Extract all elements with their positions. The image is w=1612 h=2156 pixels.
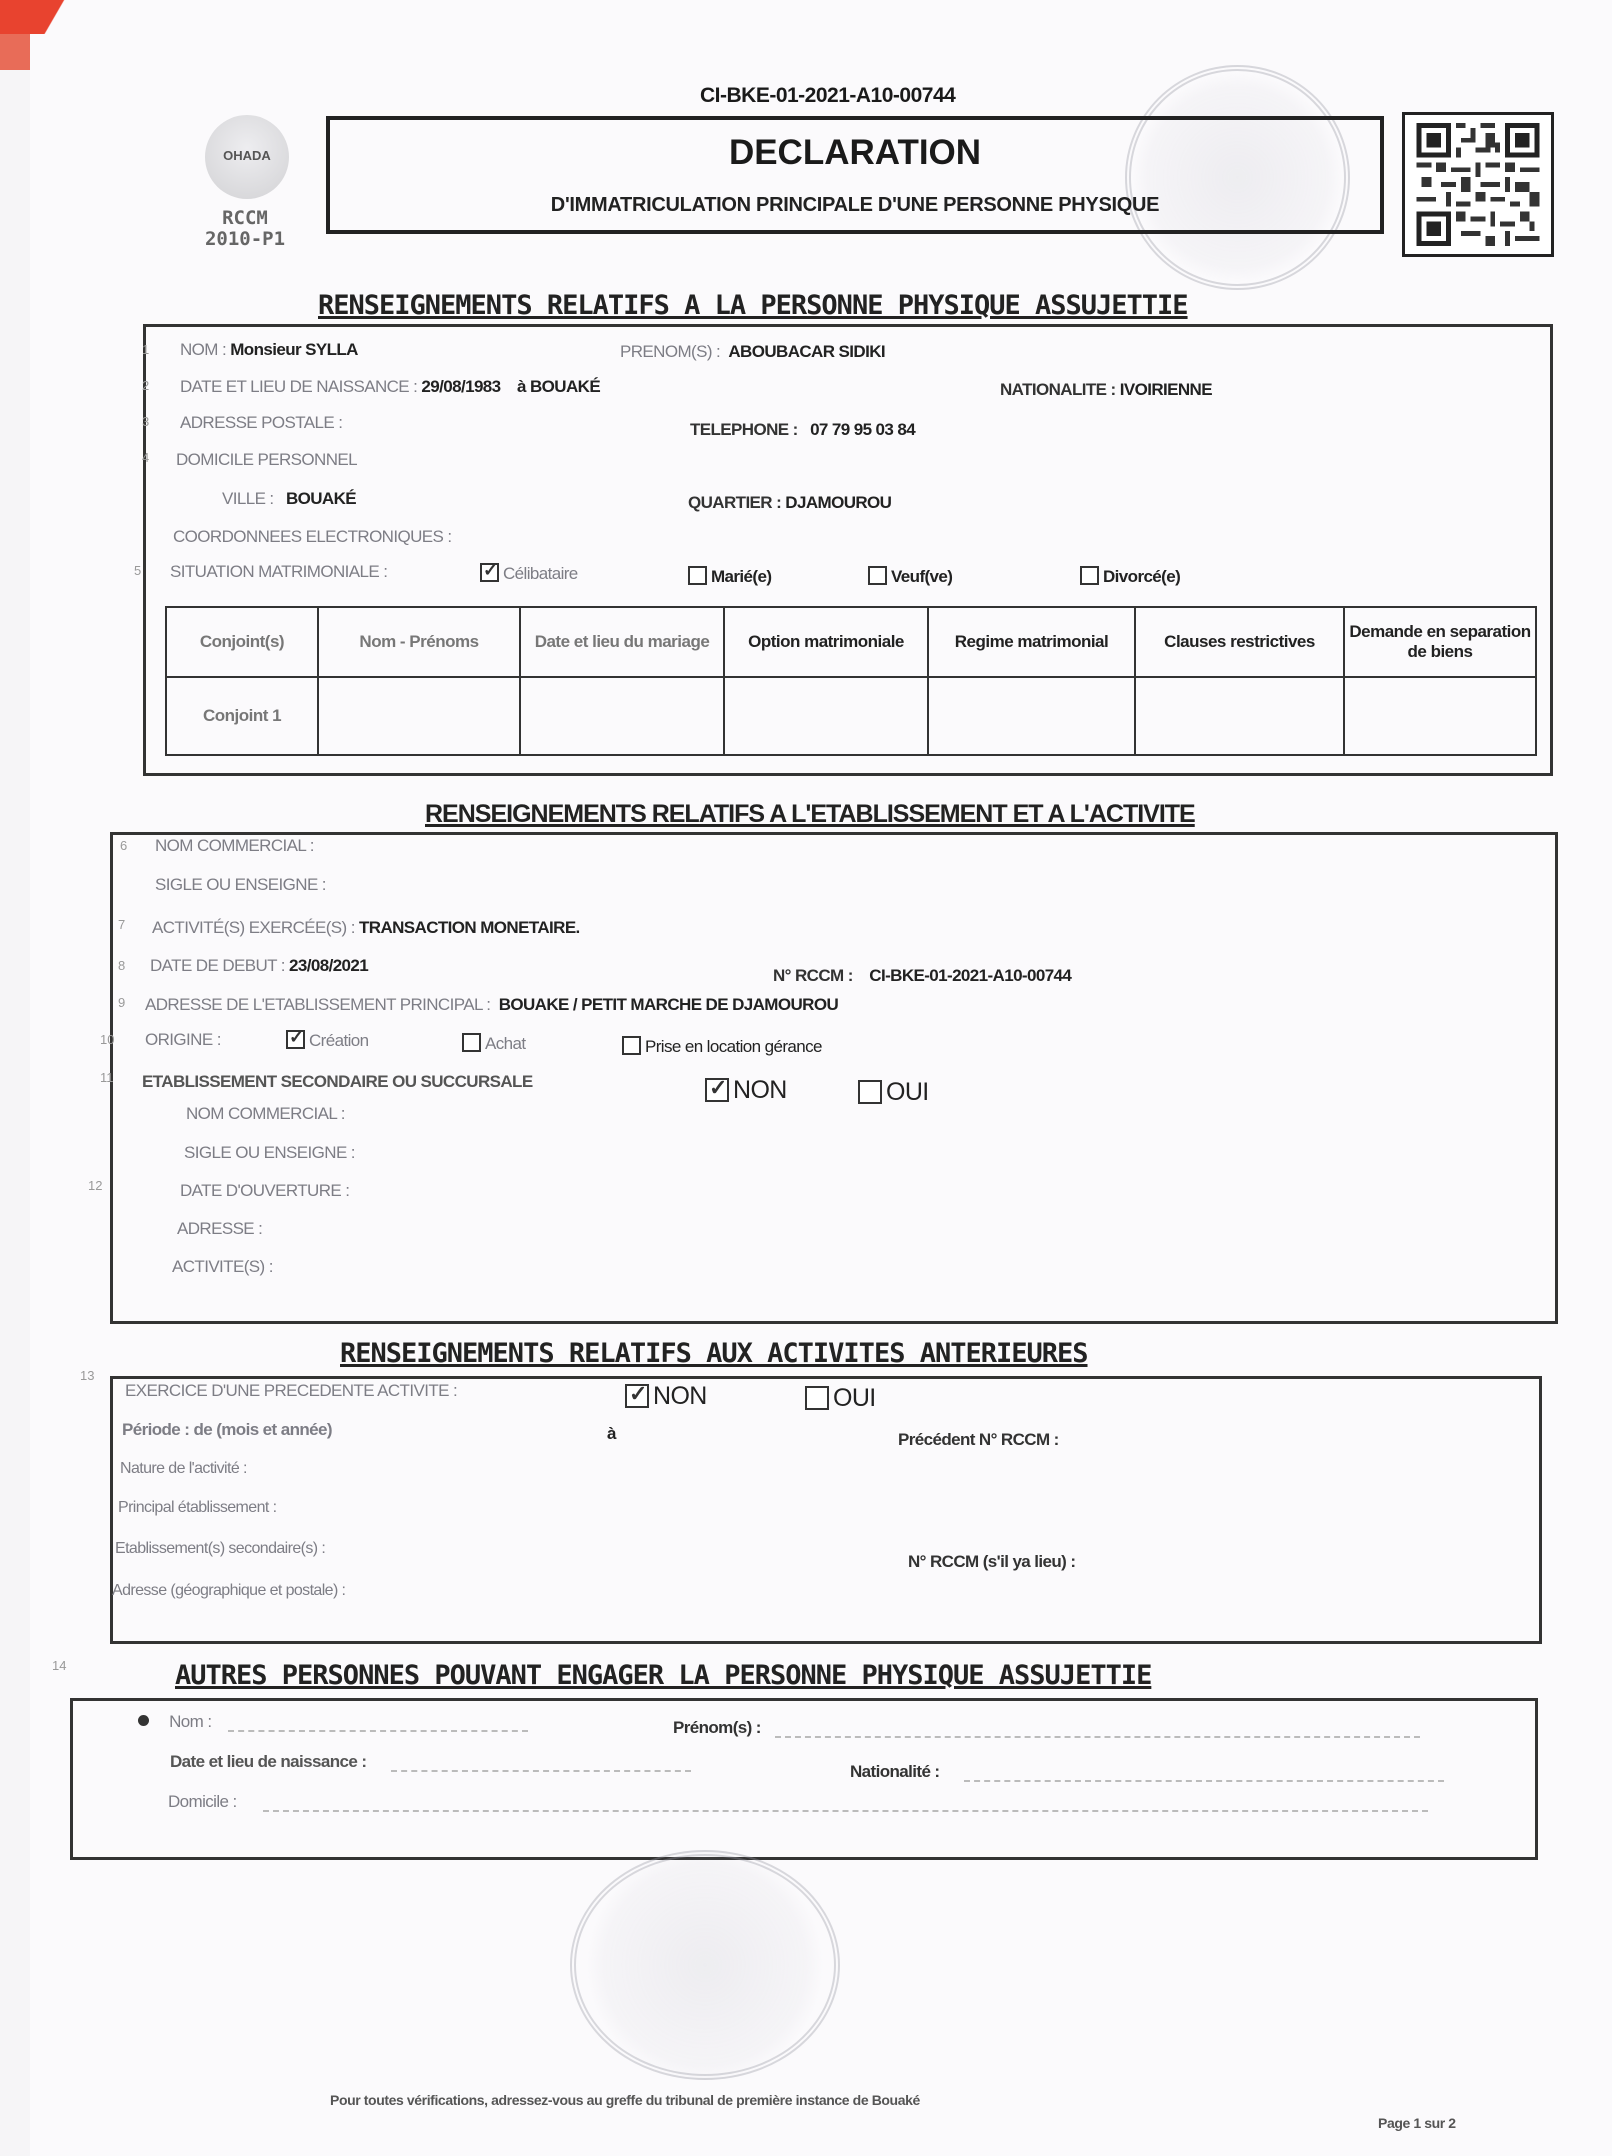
line-number: 9	[118, 995, 125, 1010]
option-celibataire[interactable]: Célibataire	[480, 563, 578, 584]
rccm-value: CI-BKE-01-2021-A10-00744	[869, 966, 1071, 985]
adresse-etablissement-label: ADRESSE DE L'ETABLISSEMENT PRINCIPAL :	[145, 995, 490, 1014]
spouse-table: Conjoint(s) Nom - Prénoms Date et lieu d…	[165, 606, 1537, 756]
field-autre-prenom: Prénom(s) :	[673, 1718, 1420, 1738]
option-secondaire-oui[interactable]: OUI	[858, 1078, 929, 1107]
principal-etablissement-label: Principal établissement :	[118, 1499, 276, 1516]
field-sec-sigle: SIGLE OU ENSEIGNE :	[184, 1143, 355, 1163]
autre-naissance-label: Date et lieu de naissance :	[170, 1752, 366, 1771]
field-principal-etablissement: Principal établissement :	[118, 1497, 276, 1517]
field-telephone: TELEPHONE : 07 79 95 03 84	[690, 420, 915, 440]
option-creation[interactable]: Création	[286, 1030, 368, 1051]
field-precedent-rccm: Précédent N° RCCM :	[898, 1430, 1059, 1450]
field-quartier: QUARTIER : DJAMOUROU	[688, 493, 891, 513]
cell-option[interactable]	[724, 677, 928, 755]
field-adresse-etablissement: ADRESSE DE L'ETABLISSEMENT PRINCIPAL : B…	[145, 995, 838, 1015]
page-number: Page 1 sur 2	[1378, 2115, 1456, 2131]
field-rccm: N° RCCM : CI-BKE-01-2021-A10-00744	[773, 966, 1071, 986]
prenom-label: PRENOM(S) :	[620, 342, 720, 361]
option-label: Célibataire	[503, 564, 578, 583]
field-sec-activite: ACTIVITE(S) :	[172, 1257, 273, 1277]
section-title-etablissement: RENSEIGNEMENTS RELATIFS A L'ETABLISSEMEN…	[425, 800, 1195, 829]
cell-clauses[interactable]	[1135, 677, 1344, 755]
col-date-lieu-mariage: Date et lieu du mariage	[520, 607, 724, 677]
field-periode: Période : de (mois et année)	[122, 1420, 332, 1440]
option-marie[interactable]: Marié(e)	[688, 566, 771, 587]
sec-sigle-label: SIGLE OU ENSEIGNE :	[184, 1143, 355, 1162]
col-clauses-restrictives: Clauses restrictives	[1135, 607, 1344, 677]
field-etablissement-secondaire: ETABLISSEMENT SECONDAIRE OU SUCCURSALE	[142, 1072, 533, 1092]
option-veuf[interactable]: Veuf(ve)	[868, 566, 952, 587]
line-number: 13	[80, 1368, 94, 1383]
qr-code	[1402, 112, 1554, 257]
option-location-gerance[interactable]: Prise en location gérance	[622, 1036, 822, 1057]
checkbox-icon[interactable]	[688, 566, 707, 585]
checkbox-icon[interactable]	[805, 1386, 829, 1410]
field-nom-commercial: NOM COMMERCIAL :	[155, 836, 314, 856]
checkbox-icon[interactable]	[868, 566, 887, 585]
col-nom-prenoms: Nom - Prénoms	[318, 607, 520, 677]
option-label: Veuf(ve)	[891, 567, 952, 586]
naissance-date: 29/08/1983	[421, 377, 500, 396]
domicile-label: DOMICILE PERSONNEL	[176, 450, 357, 469]
quartier-label: QUARTIER :	[688, 493, 781, 512]
field-ville: VILLE : BOUAKÉ	[222, 489, 356, 509]
date-debut-label: DATE DE DEBUT :	[150, 956, 285, 975]
date-debut-value: 23/08/2021	[289, 956, 368, 975]
field-nationalite: NATIONALITE : IVOIRIENNE	[1000, 380, 1212, 400]
activite-label: ACTIVITÉ(S) EXERCÉE(S) :	[152, 918, 355, 937]
option-label: Prise en location gérance	[645, 1037, 822, 1056]
prenom-value: ABOUBACAR SIDIKI	[728, 342, 885, 361]
autre-naissance-input[interactable]	[391, 1760, 691, 1772]
field-autre-nationalite: Nationalité :	[850, 1762, 1444, 1782]
red-sticker-corner	[0, 0, 96, 34]
col-conjoints: Conjoint(s)	[166, 607, 318, 677]
ville-value: BOUAKÉ	[286, 489, 356, 508]
situation-label: SITUATION MATRIMONIALE :	[170, 562, 387, 581]
field-etablissements-secondaires: Etablissement(s) secondaire(s) :	[115, 1538, 325, 1558]
checkbox-icon[interactable]	[462, 1033, 481, 1052]
checkbox-icon[interactable]	[622, 1036, 641, 1055]
etablissements-secondaires-label: Etablissement(s) secondaire(s) :	[115, 1540, 325, 1557]
etablissement-secondaire-label: ETABLISSEMENT SECONDAIRE OU SUCCURSALE	[142, 1072, 533, 1091]
line-number: 10	[100, 1032, 114, 1047]
option-divorce[interactable]: Divorcé(e)	[1080, 566, 1180, 587]
section-title-autres-personnes: AUTRES PERSONNES POUVANT ENGAGER LA PERS…	[175, 1660, 1151, 1691]
section-title-activites-anterieures: RENSEIGNEMENTS RELATIFS AUX ACTIVITES AN…	[340, 1338, 1088, 1369]
option-label: Divorcé(e)	[1103, 567, 1180, 586]
coordonnees-label: COORDONNEES ELECTRONIQUES :	[173, 527, 452, 546]
table-row: Conjoint 1	[166, 677, 1536, 755]
field-nature-activite: Nature de l'activité :	[120, 1458, 247, 1478]
field-rccm-lieu: N° RCCM (s'il ya lieu) :	[908, 1552, 1075, 1572]
periode-a-text: à	[607, 1424, 616, 1443]
official-stamp-bottom	[570, 1850, 840, 2080]
adresse-etablissement-value: BOUAKE / PETIT MARCHE DE DJAMOUROU	[499, 995, 838, 1014]
field-sec-date-ouverture: DATE D'OUVERTURE :	[180, 1181, 349, 1201]
checkbox-checked-icon[interactable]	[480, 563, 499, 582]
document-subtitle: D'IMMATRICULATION PRINCIPALE D'UNE PERSO…	[326, 194, 1384, 217]
field-autre-nom: Nom :	[138, 1712, 528, 1732]
field-nom: NOM : Monsieur SYLLA	[180, 340, 358, 360]
quartier-value: DJAMOUROU	[785, 493, 891, 512]
option-label: OUI	[833, 1384, 876, 1412]
section-title-personne: RENSEIGNEMENTS RELATIFS A LA PERSONNE PH…	[318, 290, 1188, 321]
checkbox-icon[interactable]	[1080, 566, 1099, 585]
option-achat[interactable]: Achat	[462, 1033, 525, 1054]
line-number: 14	[52, 1658, 66, 1673]
field-prenom: PRENOM(S) : ABOUBACAR SIDIKI	[620, 342, 885, 362]
sec-date-ouverture-label: DATE D'OUVERTURE :	[180, 1181, 349, 1200]
autre-domicile-label: Domicile :	[168, 1792, 237, 1811]
cell-conjoint: Conjoint 1	[166, 677, 318, 755]
line-number: 8	[118, 958, 125, 973]
autre-nationalite-label: Nationalité :	[850, 1762, 940, 1781]
field-adresse-anterieure: Adresse (géographique et postale) :	[112, 1580, 345, 1600]
ville-label: VILLE :	[222, 489, 274, 508]
qr-code-icon	[1413, 123, 1543, 246]
field-coordonnees: COORDONNEES ELECTRONIQUES :	[173, 527, 452, 547]
autre-prenom-label: Prénom(s) :	[673, 1718, 761, 1737]
naissance-a: à	[517, 377, 526, 396]
bullet-icon	[138, 1715, 149, 1726]
option-label: Marié(e)	[711, 567, 771, 586]
naissance-lieu: BOUAKÉ	[530, 377, 600, 396]
precedent-rccm-label: Précédent N° RCCM :	[898, 1430, 1059, 1449]
field-naissance: DATE ET LIEU DE NAISSANCE : 29/08/1983 à…	[180, 377, 600, 397]
autre-domicile-input[interactable]	[263, 1800, 1428, 1812]
cell-nom[interactable]	[318, 677, 520, 755]
footer-note: Pour toutes vérifications, adressez-vous…	[330, 2092, 920, 2108]
field-autre-naissance: Date et lieu de naissance :	[170, 1752, 691, 1772]
rccm-label: N° RCCM :	[773, 966, 853, 985]
line-number: 11	[100, 1070, 114, 1085]
field-date-debut: DATE DE DEBUT : 23/08/2021	[150, 956, 368, 976]
checkbox-checked-icon[interactable]	[286, 1030, 305, 1049]
checkbox-checked-icon[interactable]	[705, 1078, 729, 1102]
option-label: Achat	[485, 1034, 525, 1053]
nom-label: NOM :	[180, 340, 226, 359]
option-label: Création	[309, 1031, 368, 1050]
field-exercice: EXERCICE D'UNE PRECEDENTE ACTIVITE :	[125, 1381, 457, 1401]
periode-a: à	[607, 1424, 616, 1444]
field-sigle: SIGLE OU ENSEIGNE :	[155, 875, 326, 895]
telephone-value: 07 79 95 03 84	[810, 420, 915, 439]
origine-label: ORIGINE :	[145, 1030, 221, 1049]
option-label: NON	[733, 1076, 787, 1104]
reference-number: CI-BKE-01-2021-A10-00744	[700, 84, 955, 108]
field-autre-domicile: Domicile :	[168, 1792, 1428, 1812]
nature-activite-label: Nature de l'activité :	[120, 1460, 247, 1477]
document-title: DECLARATION	[326, 133, 1384, 173]
checkbox-checked-icon[interactable]	[625, 1384, 649, 1408]
line-number: 4	[142, 450, 149, 465]
section-box-activites-anterieures	[110, 1376, 1542, 1644]
nationalite-value: IVOIRIENNE	[1120, 380, 1212, 399]
autre-nom-input[interactable]	[228, 1720, 528, 1732]
col-demande-separation: Demande en separation de biens	[1344, 607, 1536, 677]
field-sec-nom-commercial: NOM COMMERCIAL :	[186, 1104, 345, 1124]
cell-date-lieu[interactable]	[520, 677, 724, 755]
option-secondaire-non[interactable]: NON	[705, 1076, 787, 1105]
form-code: RCCM 2010-P1	[185, 208, 305, 250]
col-regime-matrimonial: Regime matrimonial	[928, 607, 1135, 677]
field-adresse-postale: ADRESSE POSTALE :	[180, 413, 342, 433]
field-situation: SITUATION MATRIMONIALE :	[170, 562, 387, 582]
naissance-label: DATE ET LIEU DE NAISSANCE :	[180, 377, 417, 396]
line-number: 6	[120, 838, 127, 853]
nom-value: Monsieur SYLLA	[230, 340, 358, 359]
rccm-lieu-label: N° RCCM (s'il ya lieu) :	[908, 1552, 1075, 1571]
autre-nom-label: Nom :	[169, 1712, 211, 1731]
sec-adresse-label: ADRESSE :	[177, 1219, 262, 1238]
line-number: 12	[88, 1178, 102, 1193]
option-label: OUI	[886, 1078, 929, 1106]
option-exercice-oui[interactable]: OUI	[805, 1384, 876, 1413]
sec-activite-label: ACTIVITE(S) :	[172, 1257, 273, 1276]
checkbox-icon[interactable]	[858, 1080, 882, 1104]
adresse-postale-label: ADRESSE POSTALE :	[180, 413, 342, 432]
field-sec-adresse: ADRESSE :	[177, 1219, 262, 1239]
cell-demande[interactable]	[1344, 677, 1536, 755]
cell-regime[interactable]	[928, 677, 1135, 755]
option-label: NON	[653, 1382, 707, 1410]
nationalite-label: NATIONALITE :	[1000, 380, 1116, 399]
adresse-anterieure-label: Adresse (géographique et postale) :	[112, 1582, 345, 1599]
line-number: 2	[142, 378, 149, 393]
telephone-label: TELEPHONE :	[690, 420, 798, 439]
exercice-label: EXERCICE D'UNE PRECEDENTE ACTIVITE :	[125, 1381, 457, 1400]
periode-label: Période : de (mois et année)	[122, 1420, 332, 1439]
logo-text: OHADA	[215, 148, 279, 163]
line-number: 7	[118, 917, 125, 932]
activite-value: TRANSACTION MONETAIRE.	[359, 918, 580, 937]
field-origine: ORIGINE :	[145, 1030, 221, 1050]
autre-prenom-input[interactable]	[775, 1726, 1420, 1738]
line-number: 5	[134, 563, 141, 578]
line-number: 3	[142, 414, 149, 429]
option-exercice-non[interactable]: NON	[625, 1382, 707, 1411]
nom-commercial-label: NOM COMMERCIAL :	[155, 836, 314, 855]
table-header-row: Conjoint(s) Nom - Prénoms Date et lieu d…	[166, 607, 1536, 677]
autre-nationalite-input[interactable]	[964, 1770, 1444, 1782]
field-activite: ACTIVITÉ(S) EXERCÉE(S) : TRANSACTION MON…	[152, 918, 580, 938]
field-domicile: DOMICILE PERSONNEL	[176, 450, 357, 470]
sec-nom-commercial-label: NOM COMMERCIAL :	[186, 1104, 345, 1123]
sigle-label: SIGLE OU ENSEIGNE :	[155, 875, 326, 894]
line-number: 1	[142, 342, 149, 357]
col-option-matrimoniale: Option matrimoniale	[724, 607, 928, 677]
